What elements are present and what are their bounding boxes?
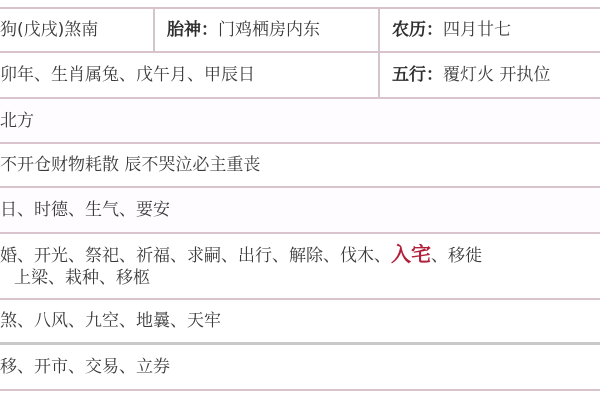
yi-line-1-suffix: 、移徙: [431, 246, 482, 266]
ji-text: 移、开市、交易、立券: [0, 356, 170, 378]
yi-cell: 婚、开光、祭祀、祈福、求嗣、出行、解除、伐木、入宅、移徙 上梁、栽种、移柩: [0, 234, 600, 298]
table-row-jishen: 日、时德、生气、要安: [0, 188, 600, 234]
lunar-date-label: 农历：: [392, 19, 443, 41]
sha-direction-text: 狗(戊戌)煞南: [0, 19, 98, 41]
direction-cell: 北方: [0, 99, 600, 142]
lunar-date-cell: 农历： 四月廿七: [378, 9, 600, 51]
wuxing-cell: 五行： 覆灯火 开执位: [378, 53, 600, 97]
almanac-viewport: 狗(戊戌)煞南 胎神： 门鸡栖房内东 农历： 四月廿七 卯年、生肖属兔、戊午月、…: [0, 0, 600, 400]
table-row-ganzhi: 卯年、生肖属兔、戊午月、甲辰日 五行： 覆灯火 开执位: [0, 53, 600, 99]
yi-line-2-text: 上梁、栽种、移柩: [14, 268, 150, 288]
table-row-yi: 婚、开光、祭祀、祈福、求嗣、出行、解除、伐木、入宅、移徙 上梁、栽种、移柩: [0, 234, 600, 300]
lunar-date-value: 四月廿七: [443, 19, 511, 41]
taishen-value: 门鸡栖房内东: [218, 19, 320, 41]
table-row-info: 狗(戊戌)煞南 胎神： 门鸡栖房内东 农历： 四月廿七: [0, 9, 600, 53]
table-row-pengzu: 不开仓财物耗散 辰不哭泣必主重丧: [0, 144, 600, 188]
taishen-label: 胎神：: [167, 19, 218, 41]
taishen-cell: 胎神： 门鸡栖房内东: [153, 9, 378, 51]
ganzhi-text: 卯年、生肖属兔、戊午月、甲辰日: [0, 64, 255, 86]
almanac-table: 狗(戊戌)煞南 胎神： 门鸡栖房内东 农历： 四月廿七 卯年、生肖属兔、戊午月、…: [0, 7, 600, 391]
table-row-direction: 北方: [0, 99, 600, 144]
yi-line-1-prefix: 婚、开光、祭祀、祈福、求嗣、出行、解除、伐木、: [0, 246, 391, 266]
yi-highlight-ruzhai: 入宅: [391, 242, 431, 266]
xiongshen-text: 煞、八风、九空、地曩、天牢: [0, 310, 221, 332]
jishen-cell: 日、时德、生气、要安: [0, 188, 600, 232]
sha-direction-cell: 狗(戊戌)煞南: [0, 9, 153, 51]
pengzu-text: 不开仓财物耗散 辰不哭泣必主重丧: [0, 154, 260, 176]
table-row-xiongshen: 煞、八风、九空、地曩、天牢: [0, 300, 600, 345]
table-row-ji: 移、开市、交易、立券: [0, 345, 600, 391]
ji-cell: 移、开市、交易、立券: [0, 345, 600, 389]
yi-line-1: 婚、开光、祭祀、祈福、求嗣、出行、解除、伐木、入宅、移徙: [0, 243, 482, 267]
wuxing-label: 五行：: [392, 64, 443, 86]
ganzhi-cell: 卯年、生肖属兔、戊午月、甲辰日: [0, 53, 378, 97]
yi-line-2: 上梁、栽种、移柩: [0, 267, 150, 289]
pengzu-cell: 不开仓财物耗散 辰不哭泣必主重丧: [0, 144, 600, 186]
direction-text: 北方: [0, 110, 34, 132]
xiongshen-cell: 煞、八风、九空、地曩、天牢: [0, 300, 600, 342]
jishen-text: 日、时德、生气、要安: [0, 199, 170, 221]
wuxing-value: 覆灯火 开执位: [443, 64, 550, 86]
